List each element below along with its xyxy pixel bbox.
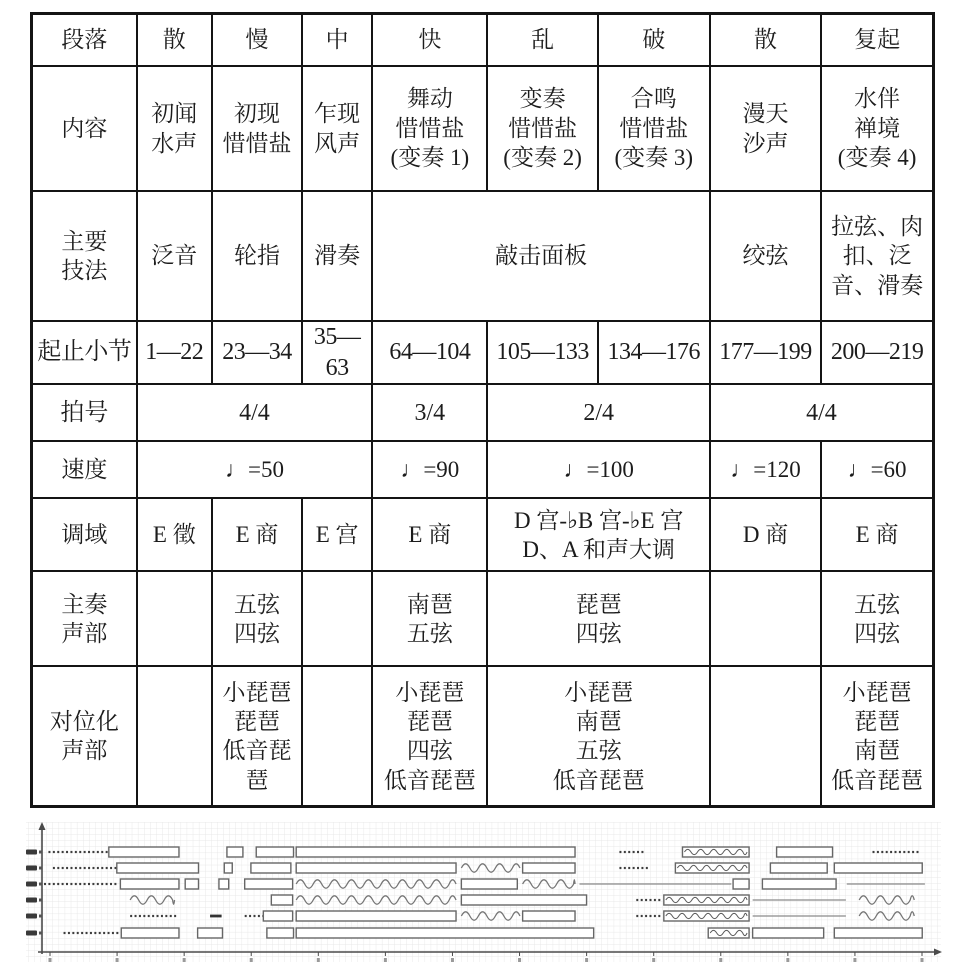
counterpoint-cell — [137, 666, 212, 807]
counterpoint-cell: 小琵琶 南琶 五弦 低音琵琶 — [487, 666, 709, 807]
row-time-signature: 拍号 4/4 3/4 2/4 4/4 — [32, 384, 934, 441]
row-label-key-area: 调域 — [32, 498, 137, 571]
section-cell: 破 — [598, 14, 710, 67]
row-measures: 起止小节 1—22 23—34 35—63 64—104 105—133 134… — [32, 321, 934, 384]
content-cell: 初现 惜惜盐 — [212, 66, 302, 191]
tempo-cell: ♩=60 — [821, 441, 933, 498]
tempo-cell: ♩=50 — [137, 441, 372, 498]
row-tempo: 速度 ♩=50 ♩=90 ♩=100 ♩=120 ♩=60 — [32, 441, 934, 498]
counterpoint-cell: 小琵琶 琵琶 南琶 低音琵琶 — [821, 666, 933, 807]
technique-cell: 轮指 — [212, 191, 302, 321]
row-label-technique: 主要 技法 — [32, 191, 137, 321]
measures-cell: 23—34 — [212, 321, 302, 384]
main-voice-cell — [302, 571, 372, 666]
key-cell: E 商 — [212, 498, 302, 571]
row-label-main-voice: 主奏 声部 — [32, 571, 137, 666]
measures-cell: 64—104 — [372, 321, 487, 384]
section-cell: 慢 — [212, 14, 302, 67]
content-cell: 舞动 惜惜盐 (变奏 1) — [372, 66, 487, 191]
musical-structure-table: 段落 散 慢 中 快 乱 破 散 复起 内容 初闻 水声 初现 惜惜盐 乍现 风… — [30, 12, 935, 808]
row-counterpoint: 对位化 声部 小琵琶 琵琶 低音琵琶 小琵琶 琵琶 四弦 低音琵琶 小琵琶 南琶… — [32, 666, 934, 807]
row-label-measures: 起止小节 — [32, 321, 137, 384]
main-voice-cell — [710, 571, 821, 666]
content-cell: 初闻 水声 — [137, 66, 212, 191]
row-label-counterpoint: 对位化 声部 — [32, 666, 137, 807]
row-key-area: 调域 E 徵 E 商 E 宫 E 商 D 宫-♭B 宫-♭E 宫 D、A 和声大… — [32, 498, 934, 571]
row-label-time-signature: 拍号 — [32, 384, 137, 441]
row-label-sections: 段落 — [32, 14, 137, 67]
section-cell: 散 — [710, 14, 821, 67]
main-voice-cell: 琵琶 四弦 — [487, 571, 709, 666]
timeline-svg — [22, 816, 947, 971]
tempo-cell: ♩=120 — [710, 441, 821, 498]
tempo-cell: ♩=100 — [487, 441, 709, 498]
row-technique: 主要 技法 泛音 轮指 滑奏 敲击面板 绞弦 拉弦、肉扣、泛音、滑奏 — [32, 191, 934, 321]
technique-cell: 滑奏 — [302, 191, 372, 321]
measures-cell: 105—133 — [487, 321, 597, 384]
key-cell: E 商 — [372, 498, 487, 571]
main-voice-cell: 五弦 四弦 — [212, 571, 302, 666]
row-main-voice: 主奏 声部 五弦 四弦 南琶 五弦 琵琶 四弦 五弦 四弦 — [32, 571, 934, 666]
time-signature-cell: 2/4 — [487, 384, 709, 441]
technique-cell: 泛音 — [137, 191, 212, 321]
key-cell: D 宫-♭B 宫-♭E 宫 D、A 和声大调 — [487, 498, 709, 571]
counterpoint-cell: 小琵琶 琵琶 四弦 低音琵琶 — [372, 666, 487, 807]
tempo-cell: ♩=90 — [372, 441, 487, 498]
counterpoint-cell — [710, 666, 821, 807]
graphic-score-timeline-figure — [22, 816, 947, 971]
key-cell: E 徵 — [137, 498, 212, 571]
key-cell: D 商 — [710, 498, 821, 571]
row-sections: 段落 散 慢 中 快 乱 破 散 复起 — [32, 14, 934, 67]
technique-cell: 敲击面板 — [372, 191, 710, 321]
measures-cell: 134—176 — [598, 321, 710, 384]
content-cell: 水伴 禅境 (变奏 4) — [821, 66, 933, 191]
row-content: 内容 初闻 水声 初现 惜惜盐 乍现 风声 舞动 惜惜盐 (变奏 1) 变奏 惜… — [32, 66, 934, 191]
time-signature-cell: 4/4 — [710, 384, 934, 441]
row-label-content: 内容 — [32, 66, 137, 191]
measures-cell: 1—22 — [137, 321, 212, 384]
technique-cell: 拉弦、肉扣、泛音、滑奏 — [821, 191, 933, 321]
content-cell: 乍现 风声 — [302, 66, 372, 191]
section-cell: 复起 — [821, 14, 933, 67]
time-signature-cell: 3/4 — [372, 384, 487, 441]
section-cell: 散 — [137, 14, 212, 67]
content-cell: 漫天 沙声 — [710, 66, 821, 191]
main-voice-cell: 南琶 五弦 — [372, 571, 487, 666]
key-cell: E 商 — [821, 498, 933, 571]
section-cell: 乱 — [487, 14, 597, 67]
measures-cell: 177—199 — [710, 321, 821, 384]
technique-cell: 绞弦 — [710, 191, 821, 321]
measures-cell: 200—219 — [821, 321, 933, 384]
section-cell: 快 — [372, 14, 487, 67]
key-cell: E 宫 — [302, 498, 372, 571]
content-cell: 合鸣 惜惜盐 (变奏 3) — [598, 66, 710, 191]
time-signature-cell: 4/4 — [137, 384, 372, 441]
counterpoint-cell — [302, 666, 372, 807]
counterpoint-cell: 小琵琶 琵琶 低音琵琶 — [212, 666, 302, 807]
section-cell: 中 — [302, 14, 372, 67]
measures-cell: 35—63 — [302, 321, 372, 384]
page: 段落 散 慢 中 快 乱 破 散 复起 内容 初闻 水声 初现 惜惜盐 乍现 风… — [0, 0, 962, 976]
row-label-tempo: 速度 — [32, 441, 137, 498]
content-cell: 变奏 惜惜盐 (变奏 2) — [487, 66, 597, 191]
main-voice-cell: 五弦 四弦 — [821, 571, 933, 666]
main-voice-cell — [137, 571, 212, 666]
